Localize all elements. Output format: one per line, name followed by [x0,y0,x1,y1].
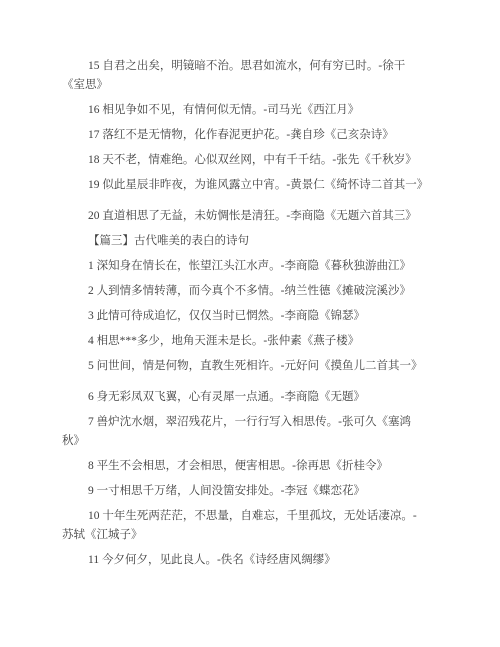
paragraph: 18 天不老，情难绝。心似双丝网，中有千千结。-张先《千秋岁》 [62,151,460,170]
paragraph-line: 10 十年生死两茫茫，不思量，自难忘，千里孤坟，无处话凄凉。- [62,507,460,526]
paragraph-wrap-line: 《室思》 [62,76,460,95]
paragraph-line: 9 一寸相思千万绪，人间没箇安排处。-李冠《蝶恋花》 [62,482,460,501]
paragraph: 20 直道相思了无益，未妨惆怅是清狂。-李商隐《无题六首其三》 [62,207,460,226]
section-heading-text: 【篇三】古代唯美的表白的诗句 [62,232,460,251]
paragraph: 7 兽炉沈水烟，翠沼残花片，一行行写入相思传。-张可久《塞鸿 秋》 [62,413,460,451]
paragraph: 4 相思***多少，地角天涯未是长。-张仲素《燕子楼》 [62,332,460,351]
paragraph: 8 平生不会相思，才会相思，便害相思。-徐再思《折桂令》 [62,457,460,476]
paragraph: 9 一寸相思千万绪，人间没箇安排处。-李冠《蝶恋花》 [62,482,460,501]
paragraph-line: 2 人到情多情转薄，而今真个不多情。-纳兰性德《摊破浣溪沙》 [62,282,460,301]
paragraph: 17 落红不是无情物，化作春泥更护花。-龚自珍《己亥杂诗》 [62,126,460,145]
paragraph-line: 1 深知身在情长在，怅望江头江水声。-李商隐《暮秋独游曲江》 [62,257,460,276]
paragraph: 16 相见争如不见，有情何似无情。-司马光《西江月》 [62,101,460,120]
paragraph: 3 此情可待成追忆，仅仅当时已惘然。-李商隐《锦瑟》 [62,307,460,326]
paragraph-line: 19 似此星辰非昨夜，为谁风露立中宵。-黄景仁《绮怀诗二首其一》 [62,176,460,195]
paragraph: 1 深知身在情长在，怅望江头江水声。-李商隐《暮秋独游曲江》 [62,257,460,276]
paragraph-line: 7 兽炉沈水烟，翠沼残花片，一行行写入相思传。-张可久《塞鸿 [62,413,460,432]
paragraph: 5 问世间，情是何物，直教生死相许。-元好问《摸鱼儿二首其一》 [62,357,460,376]
paragraph: 6 身无彩凤双飞翼，心有灵犀一点通。-李商隐《无题》 [62,388,460,407]
paragraph-line: 17 落红不是无情物，化作春泥更护花。-龚自珍《己亥杂诗》 [62,126,460,145]
paragraph-line: 11 今夕何夕，见此良人。-佚名《诗经唐风绸缪》 [62,551,460,570]
paragraph-line: 8 平生不会相思，才会相思，便害相思。-徐再思《折桂令》 [62,457,460,476]
paragraph-line: 15 自君之出矣，明镜暗不治。思君如流水，何有穷已时。-徐干 [62,57,460,76]
paragraph: 15 自君之出矣，明镜暗不治。思君如流水，何有穷已时。-徐干 《室思》 [62,57,460,95]
paragraph-line: 18 天不老，情难绝。心似双丝网，中有千千结。-张先《千秋岁》 [62,151,460,170]
paragraph: 11 今夕何夕，见此良人。-佚名《诗经唐风绸缪》 [62,551,460,570]
paragraph-line: 4 相思***多少，地角天涯未是长。-张仲素《燕子楼》 [62,332,460,351]
paragraph-wrap-line: 秋》 [62,432,460,451]
paragraph-line: 20 直道相思了无益，未妨惆怅是清狂。-李商隐《无题六首其三》 [62,207,460,226]
paragraph-line: 5 问世间，情是何物，直教生死相许。-元好问《摸鱼儿二首其一》 [62,357,460,376]
paragraph-line: 16 相见争如不见，有情何似无情。-司马光《西江月》 [62,101,460,120]
paragraph-wrap-line: 苏轼《江城子》 [62,526,460,545]
paragraph: 19 似此星辰非昨夜，为谁风露立中宵。-黄景仁《绮怀诗二首其一》 [62,176,460,195]
paragraph: 2 人到情多情转薄，而今真个不多情。-纳兰性德《摊破浣溪沙》 [62,282,460,301]
paragraph-line: 3 此情可待成追忆，仅仅当时已惘然。-李商隐《锦瑟》 [62,307,460,326]
document-page: 15 自君之出矣，明镜暗不治。思君如流水，何有穷已时。-徐干 《室思》 16 相… [0,0,500,647]
paragraph-line: 6 身无彩凤双飞翼，心有灵犀一点通。-李商隐《无题》 [62,388,460,407]
section-heading: 【篇三】古代唯美的表白的诗句 [62,232,460,251]
paragraph: 10 十年生死两茫茫，不思量，自难忘，千里孤坟，无处话凄凉。- 苏轼《江城子》 [62,507,460,545]
